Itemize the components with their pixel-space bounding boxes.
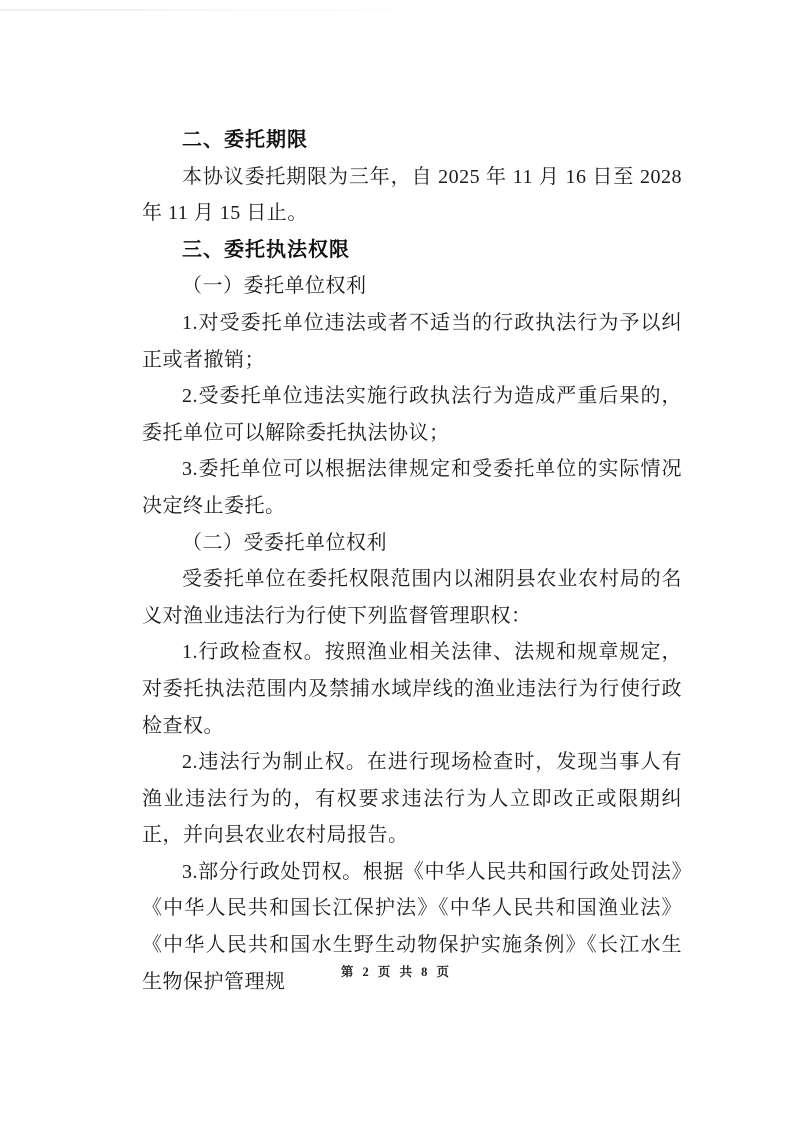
scan-artifact-line — [0, 9, 476, 11]
section-heading: 三、委托执法权限 — [142, 232, 682, 269]
document-body: 二、委托期限本协议委托期限为三年，自 2025 年 11 月 16 日至 202… — [142, 122, 682, 1000]
paragraph: 2.违法行为制止权。在进行现场检查时，发现当事人有渔业违法行为的，有权要求违法行… — [142, 744, 682, 854]
paragraph: 1.对受委托单位违法或者不适当的行政执法行为予以纠正或者撤销； — [142, 305, 682, 378]
document-page: 二、委托期限本协议委托期限为三年，自 2025 年 11 月 16 日至 202… — [0, 0, 793, 1122]
section-heading: 二、委托期限 — [142, 122, 682, 159]
paragraph: 3.委托单位可以根据法律规定和受委托单位的实际情况决定终止委托。 — [142, 451, 682, 524]
page-number-footer: 第 2 页 共 8 页 — [0, 962, 793, 980]
paragraph: 本协议委托期限为三年，自 2025 年 11 月 16 日至 2028 年 11… — [142, 159, 682, 232]
paragraph: 受委托单位在委托权限范围内以湘阴县农业农村局的名义对渔业违法行为行使下列监督管理… — [142, 561, 682, 634]
paragraph: 2.受委托单位违法实施行政执法行为造成严重后果的，委托单位可以解除委托执法协议； — [142, 378, 682, 451]
paragraph: （二）受委托单位权利 — [142, 525, 682, 562]
paragraph: （一）委托单位权利 — [142, 268, 682, 305]
paragraph: 1.行政检查权。按照渔业相关法律、法规和规章规定，对委托执法范围内及禁捕水域岸线… — [142, 634, 682, 744]
